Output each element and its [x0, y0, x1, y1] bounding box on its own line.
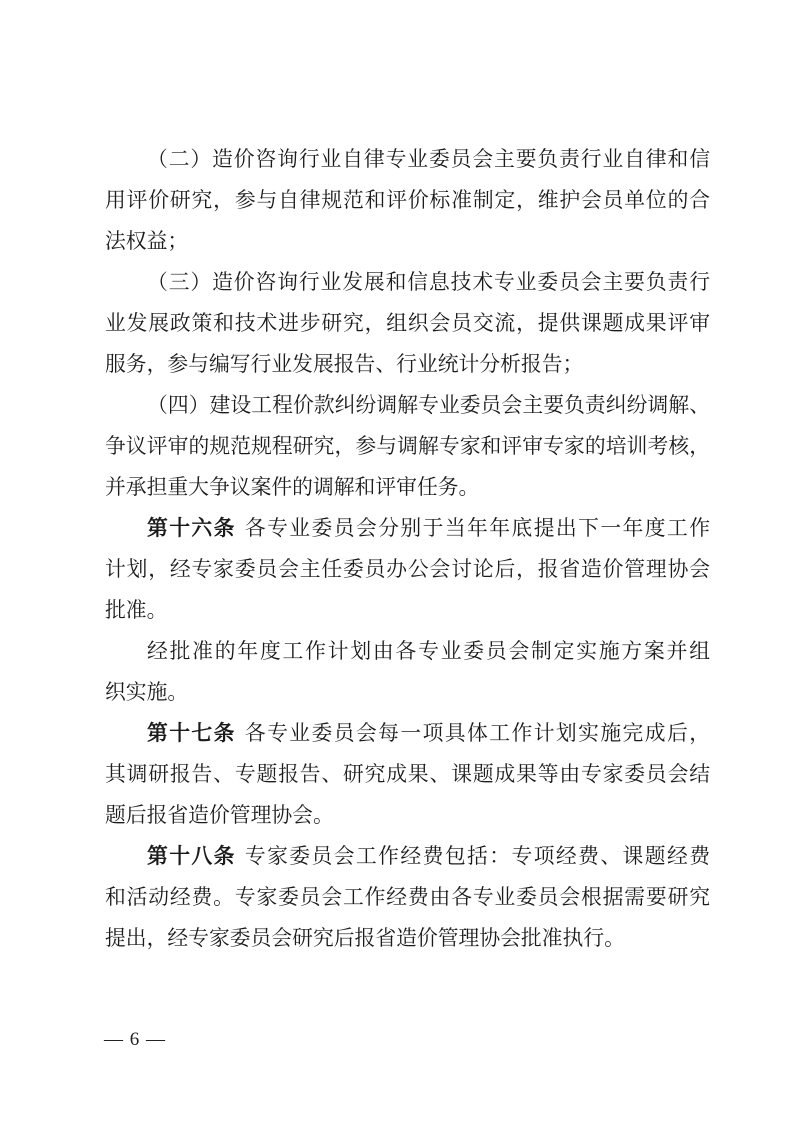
- text-line: 第十六条各专业委员会分别于当年年底提出下一年度工作: [105, 508, 710, 549]
- document-page: （二）造价咨询行业自律专业委员会主要负责行业自律和信用评价研究，参与自律规范和评…: [0, 0, 793, 1122]
- text-line: 和活动经费。专家委员会工作经费由各专业委员会根据需要研究: [105, 877, 710, 918]
- text-line: 并承担重大争议案件的调解和评审任务。: [105, 467, 710, 508]
- text-line: 题后报省造价管理协会。: [105, 795, 710, 836]
- text-line: 争议评审的规范规程研究，参与调解专家和评审专家的培训考核，: [105, 426, 710, 467]
- text-line: 经批准的年度工作计划由各专业委员会制定实施方案并组: [105, 631, 710, 672]
- text-line: 计划，经专家委员会主任委员办公会讨论后，报省造价管理协会: [105, 549, 710, 590]
- page-number-footer: — 6 —: [104, 1026, 166, 1054]
- document-body: （二）造价咨询行业自律专业委员会主要负责行业自律和信用评价研究，参与自律规范和评…: [105, 139, 710, 959]
- text-line: 用评价研究，参与自律规范和评价标准制定，维护会员单位的合: [105, 180, 710, 221]
- text-line: 织实施。: [105, 672, 710, 713]
- text-line: （二）造价咨询行业自律专业委员会主要负责行业自律和信: [105, 139, 710, 180]
- text-line: （四）建设工程价款纠纷调解专业委员会主要负责纠纷调解、: [105, 385, 710, 426]
- text-line: 批准。: [105, 590, 710, 631]
- text-line: 法权益；: [105, 221, 710, 262]
- text-line: 第十七条各专业委员会每一项具体工作计划实施完成后，: [105, 713, 710, 754]
- text-line: 第十八条专家委员会工作经费包括：专项经费、课题经费: [105, 836, 710, 877]
- text-line: 业发展政策和技术进步研究，组织会员交流，提供课题成果评审: [105, 303, 710, 344]
- text-line: （三）造价咨询行业发展和信息技术专业委员会主要负责行: [105, 262, 710, 303]
- text-line: 服务，参与编写行业发展报告、行业统计分析报告；: [105, 344, 710, 385]
- article-number: 第十八条: [147, 845, 236, 868]
- text-line: 提出，经专家委员会研究后报省造价管理协会批准执行。: [105, 918, 710, 959]
- article-number: 第十六条: [147, 517, 236, 540]
- text-line: 其调研报告、专题报告、研究成果、课题成果等由专家委员会结: [105, 754, 710, 795]
- article-number: 第十七条: [147, 722, 236, 745]
